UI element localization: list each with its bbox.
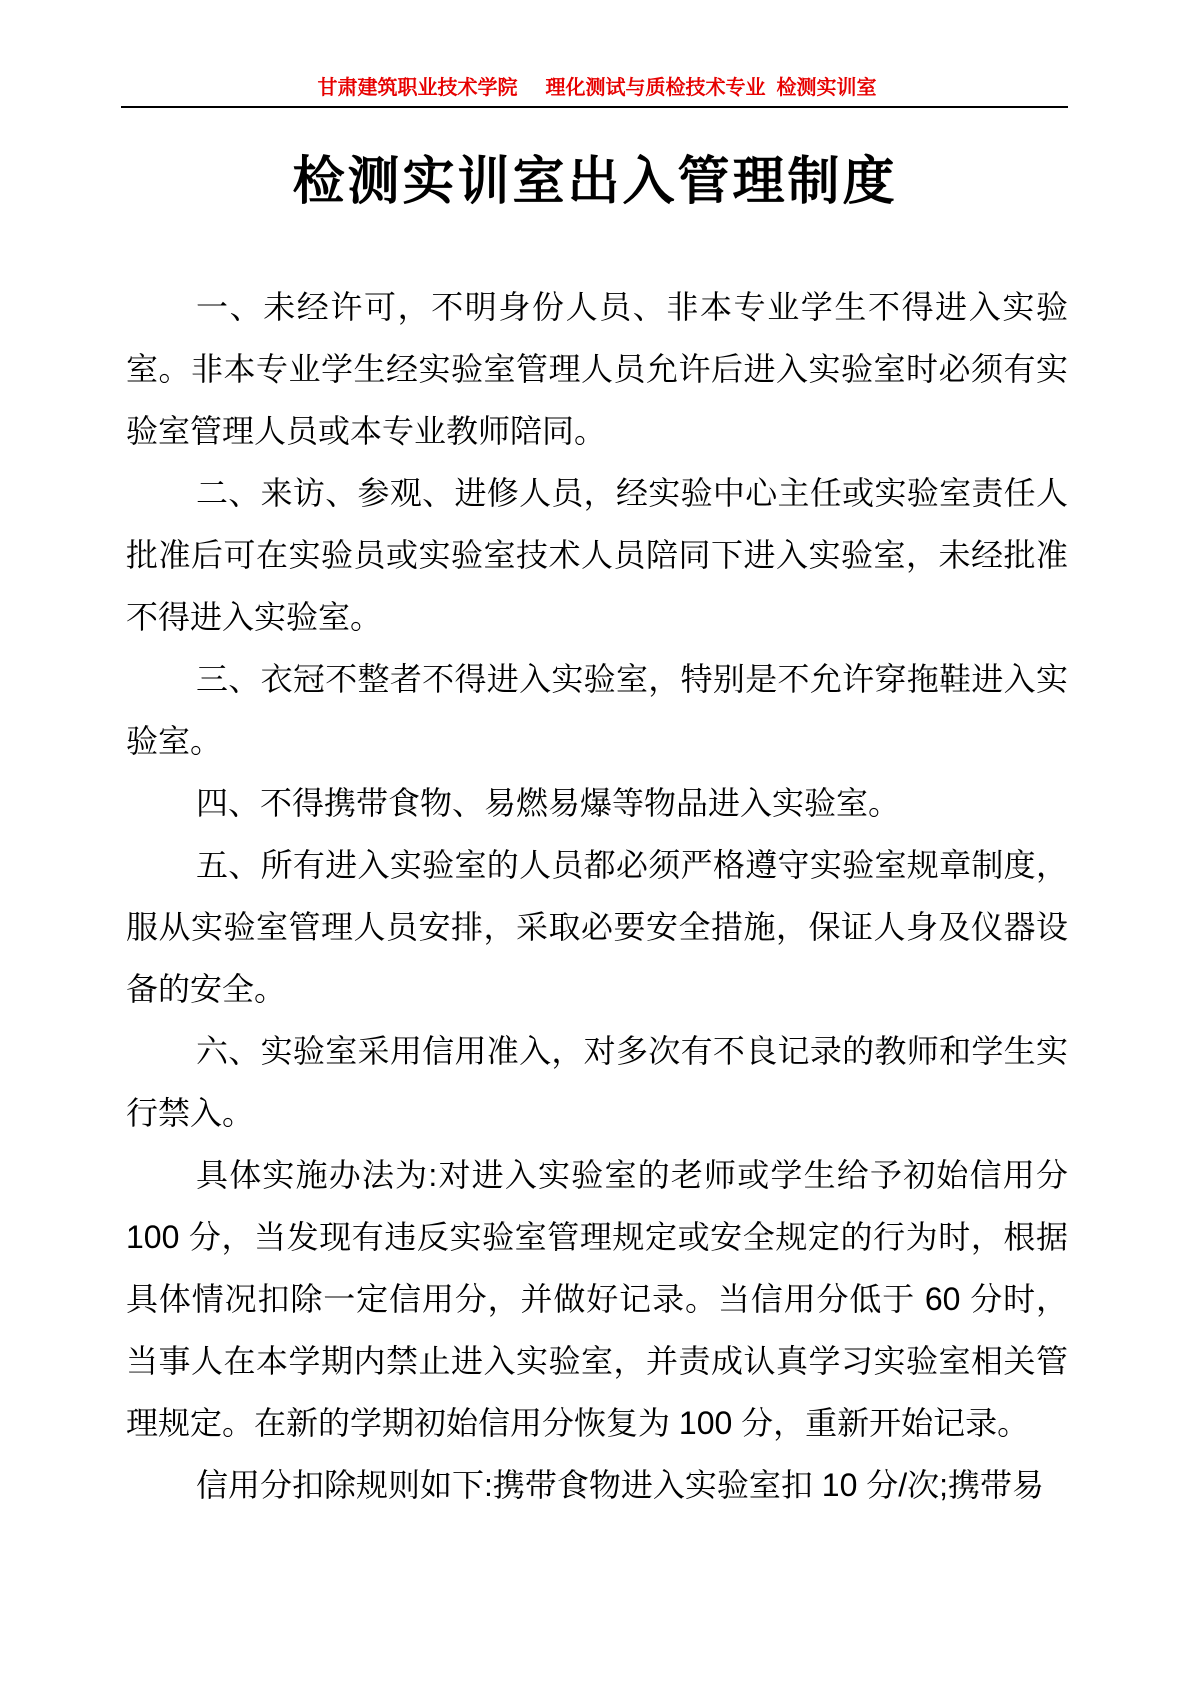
paragraph-5: 五、所有进入实验室的人员都必须严格遵守实验室规章制度，服从实验室管理人员安排，采…	[126, 834, 1068, 1020]
document-title: 检测实训室出入管理制度	[0, 150, 1190, 214]
paragraph-4: 四、不得携带食物、易燃易爆等物品进入实验室。	[126, 772, 1068, 834]
header-institution: 甘肃建筑职业技术学院	[318, 77, 518, 99]
page-header: 甘肃建筑职业技术学院理化测试与质检技术专业检测实训室	[126, 76, 1068, 100]
paragraph-7: 具体实施办法为:对进入实验室的老师或学生给予初始信用分 100 分，当发现有违反…	[126, 1144, 1068, 1454]
paragraph-2: 二、来访、参观、进修人员，经实验中心主任或实验室责任人批准后可在实验员或实验室技…	[126, 462, 1068, 648]
header-divider	[121, 106, 1068, 108]
document-page: 甘肃建筑职业技术学院理化测试与质检技术专业检测实训室 检测实训室出入管理制度 一…	[0, 0, 1190, 1683]
paragraph-8: 信用分扣除规则如下:携带食物进入实验室扣 10 分/次;携带易	[126, 1454, 1068, 1516]
header-room: 检测实训室	[777, 77, 877, 99]
header-program: 理化测试与质检技术专业	[546, 77, 766, 99]
paragraph-6: 六、实验室采用信用准入，对多次有不良记录的教师和学生实行禁入。	[126, 1020, 1068, 1144]
paragraph-3: 三、衣冠不整者不得进入实验室，特别是不允许穿拖鞋进入实验室。	[126, 648, 1068, 772]
document-body: 一、未经许可，不明身份人员、非本专业学生不得进入实验室。非本专业学生经实验室管理…	[126, 276, 1068, 1516]
paragraph-1: 一、未经许可，不明身份人员、非本专业学生不得进入实验室。非本专业学生经实验室管理…	[126, 276, 1068, 462]
